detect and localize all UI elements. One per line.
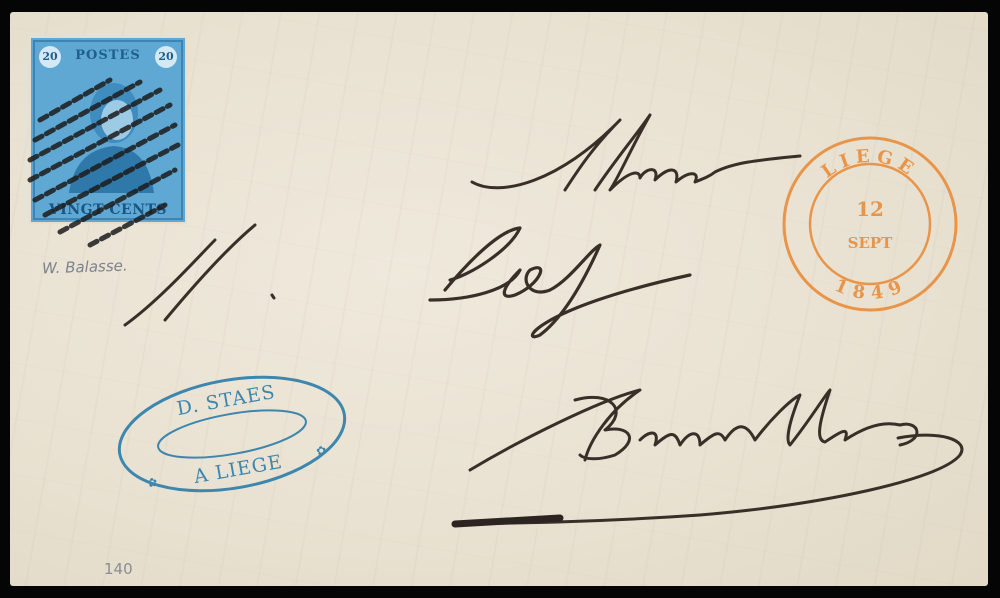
svg-text:12: 12 — [856, 197, 884, 221]
svg-text:✿: ✿ — [315, 443, 327, 459]
pencil-signature: W. Balasse. — [42, 257, 128, 278]
svg-text:✿: ✿ — [146, 475, 158, 491]
svg-text:LIEGE: LIEGE — [818, 146, 922, 183]
liege-postmark: LIEGE 1849 12 SEPT — [778, 132, 962, 316]
svg-text:SEPT: SEPT — [848, 234, 894, 252]
pencil-number: 140 — [104, 560, 133, 578]
svg-text:1849: 1849 — [831, 275, 908, 304]
sender-cachet: D. STAES A LIEGE ✿ ✿ — [112, 368, 352, 500]
